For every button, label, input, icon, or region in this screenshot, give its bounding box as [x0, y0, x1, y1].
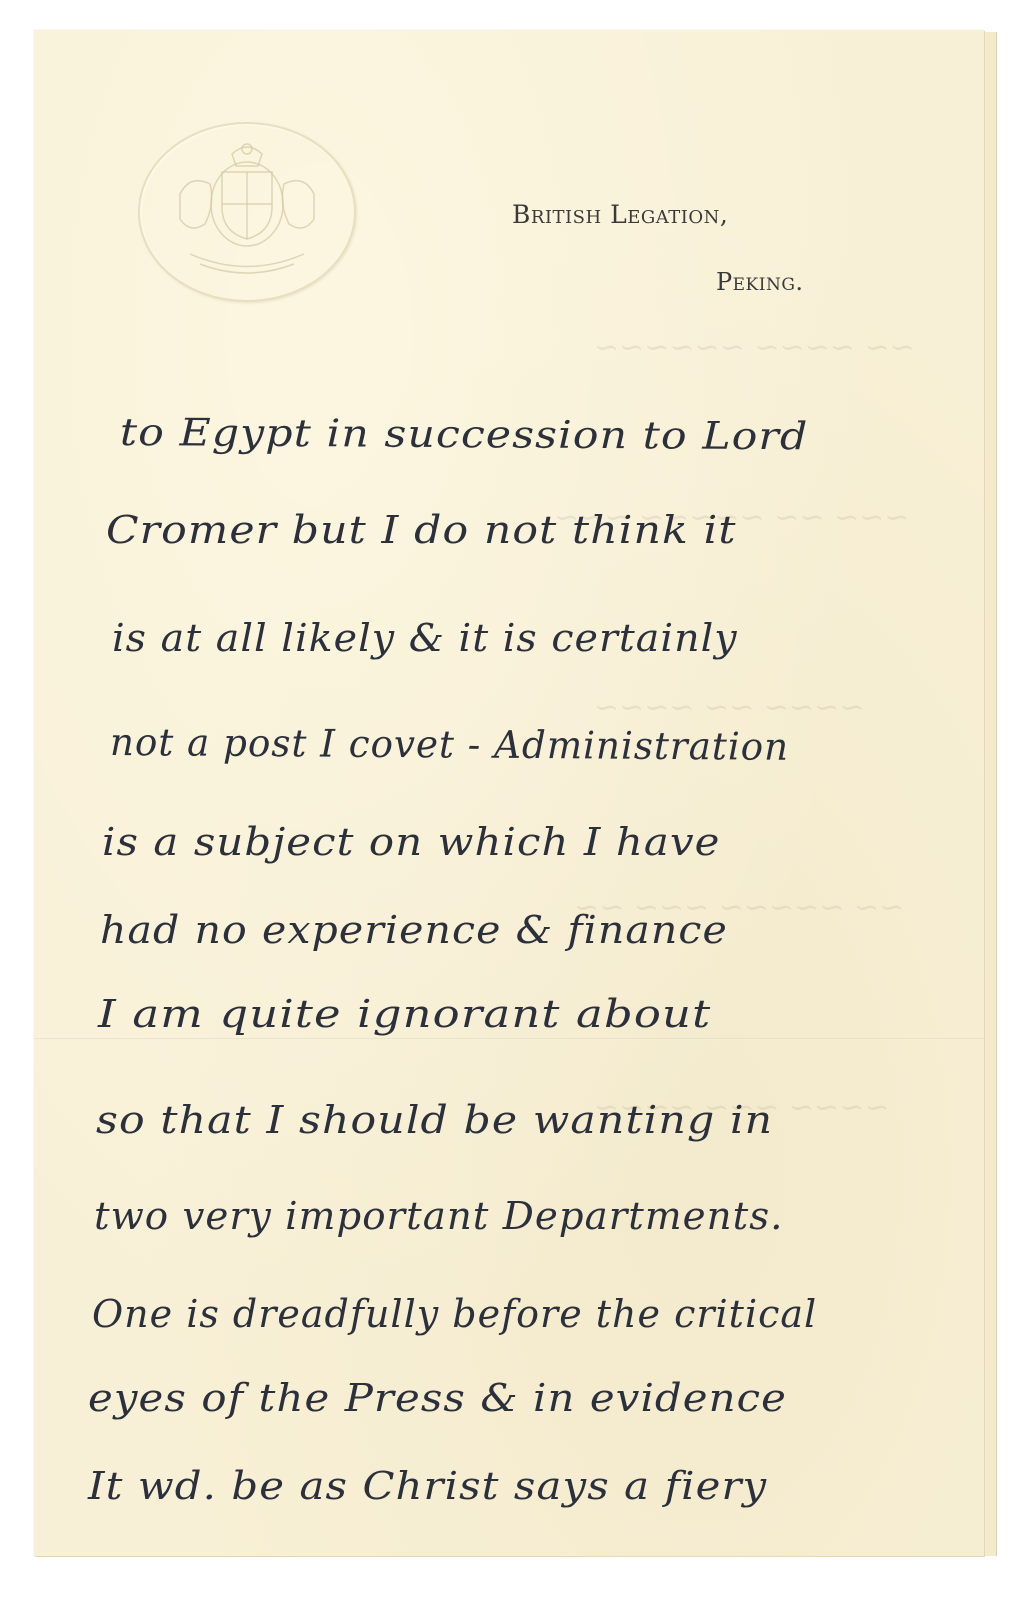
handwritten-line: Cromer but I do not think it: [106, 508, 737, 552]
handwritten-line: It wd. be as Christ says a fiery: [88, 1464, 767, 1508]
scan-stage: ~~ ~~~~ ~~~~~~ ~~~ ~~ ~~~~~ ~~~ ~~~~ ~~ …: [0, 0, 1029, 1600]
handwritten-body: to Egypt in succession to Lord Cromer bu…: [34, 30, 984, 1556]
handwritten-line: eyes of the Press & in evidence: [88, 1376, 787, 1420]
letter-page: ~~ ~~~~ ~~~~~~ ~~~ ~~ ~~~~~ ~~~ ~~~~ ~~ …: [34, 30, 984, 1556]
handwritten-line: not a post I covet - Administration: [110, 720, 789, 769]
handwritten-line: One is dreadfully before the critical: [92, 1292, 817, 1336]
handwritten-line: so that I should be wanting in: [96, 1098, 773, 1142]
handwritten-line: I am quite ignorant about: [98, 992, 711, 1036]
handwritten-line: had no experience & finance: [100, 908, 728, 952]
handwritten-line: is at all likely & it is certainly: [112, 616, 738, 660]
handwritten-line: is a subject on which I have: [102, 820, 720, 864]
handwritten-line: to Egypt in succession to Lord: [120, 410, 809, 458]
handwritten-line: two very important Departments.: [94, 1194, 783, 1238]
